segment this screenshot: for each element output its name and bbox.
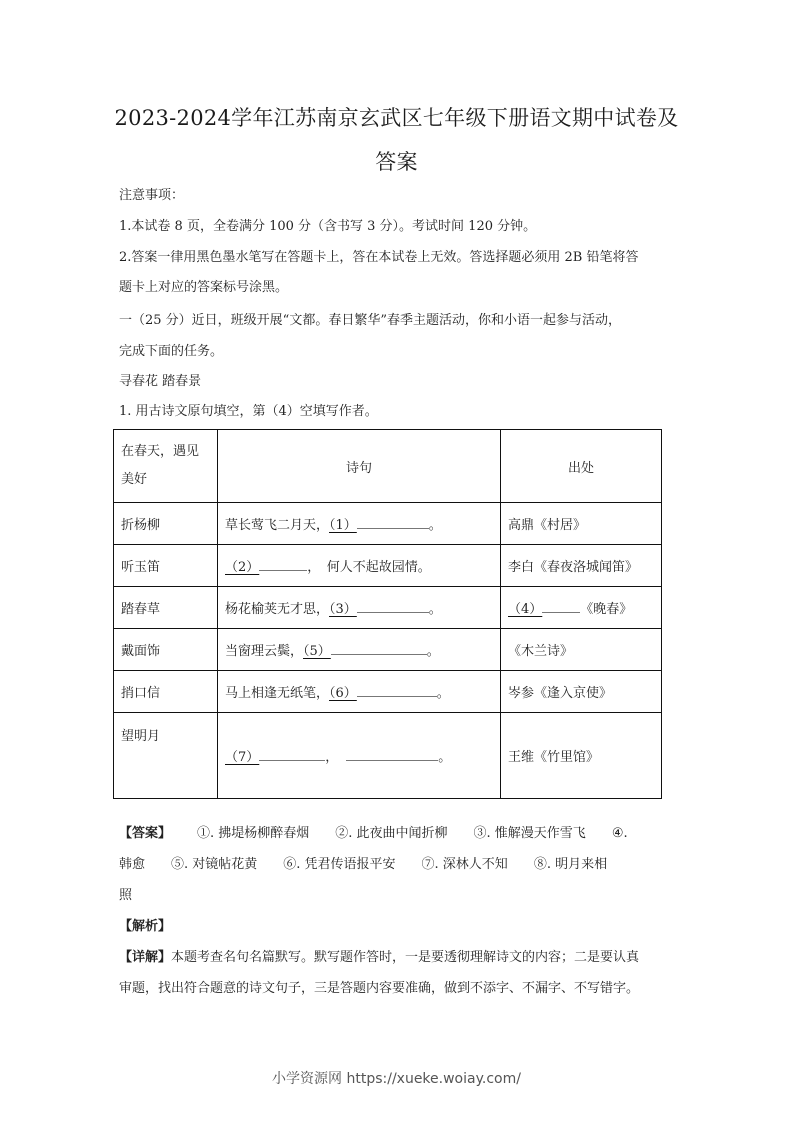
notice-item-1: 1.本试卷 8 页，全卷满分 100 分（含书写 3 分）。考试时间 120 分…	[119, 212, 681, 242]
answer-item-7: ⑦. 深林人不知	[422, 857, 508, 872]
verse-text: ，	[325, 750, 338, 765]
verse-text: ， 何人不起故园情。	[307, 560, 431, 575]
verse-text: 。	[427, 644, 440, 659]
verse-cell: 马上相逢无纸笔，（6）。	[218, 671, 501, 713]
blank-4[interactable]: （4）	[508, 602, 542, 617]
answer-line-3: 照	[119, 881, 681, 911]
analysis-detail-line-1: 【详解】本题考查名句名篇默写。默写题作答时，一是要透彻理解诗文的内容；二是要认真	[119, 943, 681, 973]
answer-line-2: 韩愈⑤. 对镜帖花黄⑥. 凭君传语报平安⑦. 深林人不知⑧. 明月来相	[119, 850, 681, 880]
analysis-detail-line-2: 审题，找出符合题意的诗文句子，三是答题内容要准确，做到不添字、不漏字、不写错字。	[119, 974, 681, 1004]
scene-cell: 捎口信	[114, 671, 218, 713]
blank-line	[259, 748, 325, 761]
table-row: 踏春草 杨花榆荚无才思，（3）。 （4）《晚春》	[114, 587, 662, 629]
blank-7[interactable]: （7）	[225, 750, 259, 765]
question-1-prompt: 1. 用古诗文原句填空，第（4）空填写作者。	[119, 397, 681, 427]
exam-page: 2023-2024学年江苏南京玄武区七年级下册语文期中试卷及 答案 注意事项： …	[0, 0, 793, 1122]
blank-line	[357, 600, 429, 613]
verse-text: 。	[438, 750, 451, 765]
blank-1[interactable]: （1）	[329, 518, 357, 533]
scene-cell: 望明月	[114, 713, 218, 799]
notice-heading: 注意事项：	[119, 181, 681, 211]
scene-cell: 折杨柳	[114, 503, 218, 545]
table-row: 捎口信 马上相逢无纸笔，（6）。 岑参《逢入京使》	[114, 671, 662, 713]
verse-text: 当窗理云鬓，	[225, 644, 303, 659]
blank-3[interactable]: （3）	[329, 602, 357, 617]
source-cell: 高鼎《村居》	[501, 503, 662, 545]
verse-text: 草长莺飞二月天，	[225, 518, 329, 533]
detail-text: 本题考查名句名篇默写。默写题作答时，一是要透彻理解诗文的内容；二是要认真	[171, 950, 639, 965]
verse-cell: （7），。	[218, 713, 501, 799]
source-cell: （4）《晚春》	[501, 587, 662, 629]
answer-item-5: ⑤. 对镜帖花黄	[171, 857, 257, 872]
poetry-fill-table: 在春天，遇见美好 诗句 出处 折杨柳 草长莺飞二月天，（1）。 高鼎《村居》 听…	[113, 429, 662, 799]
detail-label: 【详解】	[119, 950, 171, 965]
page-title-line-2: 答案	[100, 146, 693, 176]
source-cell: 《木兰诗》	[501, 629, 662, 671]
answer-item-6: ⑥. 凭君传语报平安	[283, 857, 395, 872]
table-row: 戴面饰 当窗理云鬓，（5）。 《木兰诗》	[114, 629, 662, 671]
blank-line	[331, 642, 427, 655]
blank-line	[542, 600, 580, 613]
answer-line-1: 【答案】①. 拂堤杨柳醉春烟②. 此夜曲中闻折柳③. 惟解漫天作雪飞④.	[119, 819, 681, 849]
verse-cell: 杨花榆荚无才思，（3）。	[218, 587, 501, 629]
blank-8-line[interactable]	[346, 748, 438, 761]
header-verse: 诗句	[218, 430, 501, 503]
verse-cell: （2）， 何人不起故园情。	[218, 545, 501, 587]
answer-item-4-marker: ④.	[612, 826, 628, 841]
scene-cell: 踏春草	[114, 587, 218, 629]
footer-watermark: 小学资源网 https://xueke.woiay.com/	[0, 1068, 793, 1088]
blank-6[interactable]: （6）	[329, 686, 357, 701]
source-cell: 李白《春夜洛城闻笛》	[501, 545, 662, 587]
answer-item-4-text: 韩愈	[119, 857, 145, 872]
verse-text: 。	[429, 518, 442, 533]
blank-line	[259, 558, 307, 571]
verse-text: 杨花榆荚无才思，	[225, 602, 329, 617]
source-cell: 王维《竹里馆》	[501, 713, 662, 799]
verse-text: 。	[437, 686, 450, 701]
blank-2[interactable]: （2）	[225, 560, 259, 575]
section-intro-line-2: 完成下面的任务。	[119, 337, 681, 367]
answer-item-1: ①. 拂堤杨柳醉春烟	[197, 826, 309, 841]
blank-5[interactable]: （5）	[303, 644, 331, 659]
verse-cell: 草长莺飞二月天，（1）。	[218, 503, 501, 545]
analysis-label: 【解析】	[119, 912, 681, 942]
verse-cell: 当窗理云鬓，（5）。	[218, 629, 501, 671]
scene-cell: 听玉笛	[114, 545, 218, 587]
table-row: 折杨柳 草长莺飞二月天，（1）。 高鼎《村居》	[114, 503, 662, 545]
verse-text: 马上相逢无纸笔，	[225, 686, 329, 701]
source-cell: 岑参《逢入京使》	[501, 671, 662, 713]
answer-item-8-start: ⑧. 明月来相	[534, 857, 607, 872]
table-row: 望明月 （7），。 王维《竹里馆》	[114, 713, 662, 799]
table-header-row: 在春天，遇见美好 诗句 出处	[114, 430, 662, 503]
answer-item-2: ②. 此夜曲中闻折柳	[335, 826, 447, 841]
blank-line	[357, 684, 437, 697]
scene-cell: 戴面饰	[114, 629, 218, 671]
notice-item-2-line-1: 2.答案一律用黑色墨水笔写在答题卡上，答在本试卷上无效。答选择题必须用 2B 铅…	[119, 243, 681, 273]
table-row: 听玉笛 （2）， 何人不起故园情。 李白《春夜洛城闻笛》	[114, 545, 662, 587]
section-intro-line-1: 一（25 分）近日，班级开展“文都。春日繁华”春季主题活动，你和小语一起参与活动…	[119, 306, 681, 336]
source-text: 《晚春》	[580, 602, 632, 617]
answer-item-3: ③. 惟解漫天作雪飞	[474, 826, 586, 841]
header-source: 出处	[501, 430, 662, 503]
header-scene: 在春天，遇见美好	[114, 430, 218, 503]
page-title-line-1: 2023-2024学年江苏南京玄武区七年级下册语文期中试卷及	[100, 102, 693, 132]
blank-line	[357, 516, 429, 529]
subsection-title: 寻春花 踏春景	[119, 367, 681, 397]
notice-item-2-line-2: 题卡上对应的答案标号涂黑。	[119, 273, 681, 303]
answer-label: 【答案】	[119, 826, 171, 841]
verse-text: 。	[429, 602, 442, 617]
